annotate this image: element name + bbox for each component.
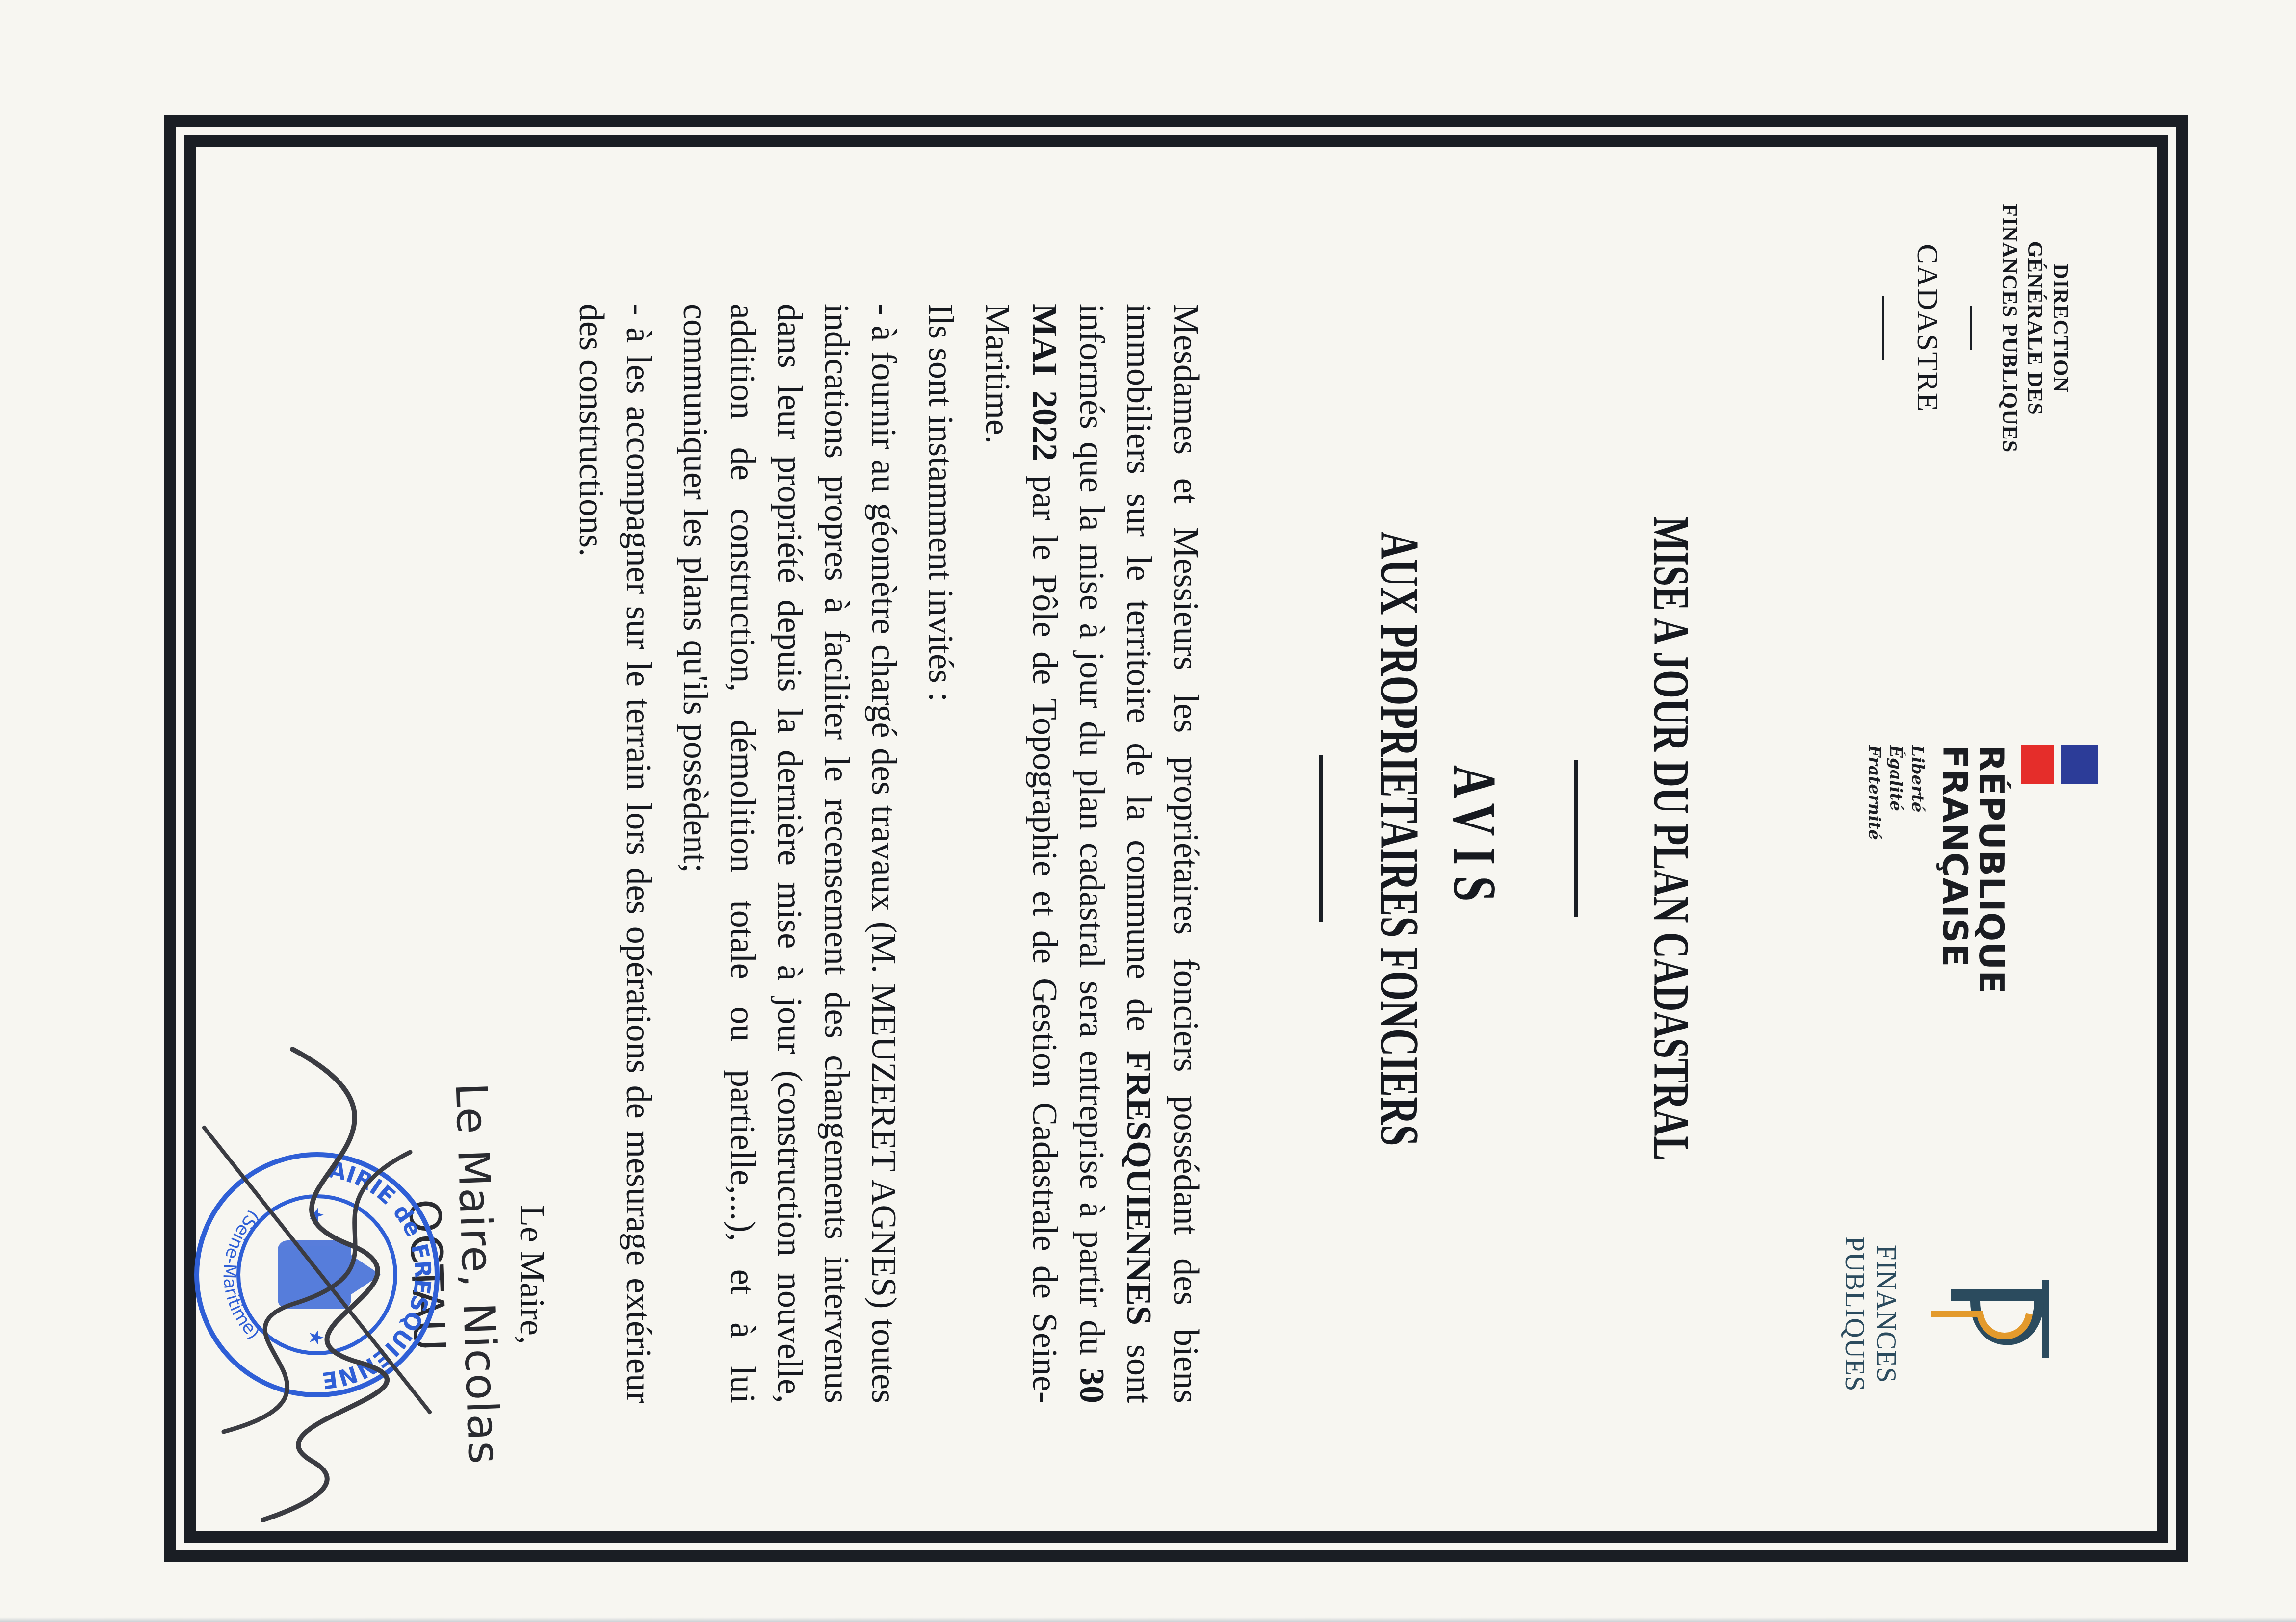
main-title: MISE A JOUR DU PLAN CADASTRAL (1642, 340, 1700, 1337)
motto: Liberté Égalité Fraternité (1863, 745, 1928, 1000)
instruction-item-2: - à les accompagner sur le terrain lors … (568, 304, 662, 1403)
agency-header: DIRECTION GÉNÉRALE DES FINANCES PUBLIQUE… (1882, 201, 2073, 456)
invited-line: Ils sont instamment invités : (917, 304, 965, 1403)
agency-line-1: DIRECTION GÉNÉRALE DES (2022, 201, 2073, 456)
page-content: DIRECTION GÉNÉRALE DES FINANCES PUBLIQUE… (196, 147, 2157, 1531)
intro-paragraph: Mesdames et Messieurs les propriétaires … (974, 304, 1210, 1403)
audience-title: AUX PROPRIETAIRES FONCIERS (1367, 354, 1431, 1323)
rf-title-line-2: FRANÇAISE (1937, 745, 1973, 1000)
commune-name: FRESQUIENNES (1120, 1051, 1159, 1325)
motto-liberte: Liberté (1906, 745, 1928, 1000)
finances-publiques-logo: FINANCES PUBLIQUES (1839, 1167, 2059, 1461)
instruction-item-1: - à fournir au géomètre chargé des trava… (672, 304, 908, 1403)
divider (1882, 296, 1884, 360)
notice-page: DIRECTION GÉNÉRALE DES FINANCES PUBLIQUE… (164, 115, 2188, 1562)
rf-title-line-1: RÉPUBLIQUE (1973, 745, 2009, 1000)
fp-text: FINANCES PUBLIQUES (1839, 1167, 1902, 1461)
notice-title: AVIS (1439, 320, 1509, 1358)
scan-edge (0, 1617, 2296, 1622)
marianne-flag-icon (2019, 745, 2098, 784)
title-divider (1319, 755, 1323, 922)
signatory-role: Le Maire, (512, 1054, 552, 1495)
fp-monogram-icon (1916, 1260, 2059, 1368)
divider (1970, 306, 1972, 350)
republique-francaise-logo: RÉPUBLIQUE FRANÇAISE Liberté Égalité Fra… (1863, 745, 2098, 1000)
service-name: CADASTRE (1915, 201, 1940, 456)
motto-egalite: Égalité (1885, 745, 1906, 1000)
signature-scribble (155, 990, 498, 1530)
title-divider (1574, 760, 1578, 917)
agency-line-2: FINANCES PUBLIQUES (1997, 201, 2022, 456)
motto-fraternite: Fraternité (1863, 745, 1885, 1000)
notice-body: Mesdames et Messieurs les propriétaires … (558, 304, 1210, 1403)
